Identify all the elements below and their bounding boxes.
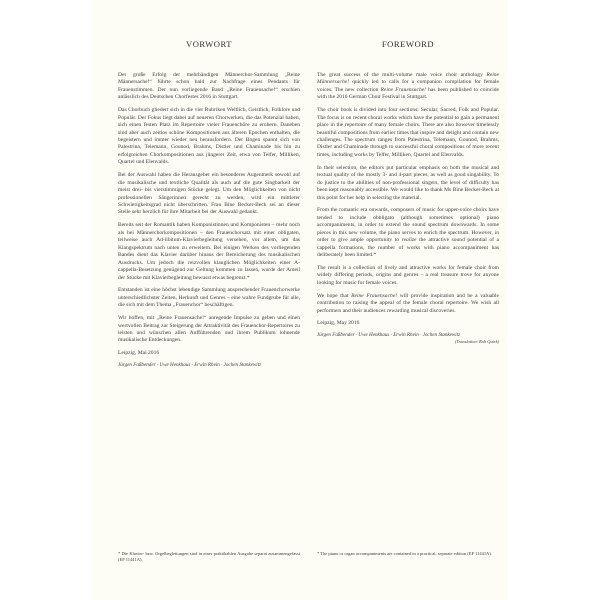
english-paragraph: The choir book is divided into four sect… — [317, 107, 499, 159]
english-paragraph: From the romantic era onwards, composers… — [317, 207, 499, 259]
german-signatories: Jürgen Faßbender · Uwe Henkhaus · Erwin … — [118, 362, 300, 369]
english-signatories: Jürgen Faßbender · Uwe Henkhaus · Erwin … — [317, 332, 499, 339]
english-paragraph: The result is a collection of lively and… — [317, 265, 499, 287]
english-body: The great success of the multi-volume ma… — [317, 72, 499, 345]
german-paragraph: Bei der Auswahl haben die Herausgeber ei… — [118, 172, 300, 217]
german-column: VORWORT Der große Erfolg der mehrbändige… — [118, 0, 300, 369]
german-paragraph: Der große Erfolg der mehrbändigen Männer… — [118, 72, 300, 102]
english-place-date: Leipzig, May 2016 — [317, 320, 499, 327]
german-paragraph: Bereits seit der Romantik haben Komponis… — [118, 222, 300, 282]
translation-credit: (Translation: Rob Quirk) — [317, 339, 499, 345]
document-page: VORWORT Der große Erfolg der mehrbändige… — [91, 0, 508, 600]
german-place-date: Leipzig, Mai 2016 — [118, 350, 300, 357]
english-paragraph: We hope that Reine Frauensache! will pro… — [317, 293, 499, 315]
english-paragraph: The great success of the multi-volume ma… — [317, 72, 499, 102]
english-column: FOREWORD The great success of the multi-… — [317, 0, 499, 345]
english-heading: FOREWORD — [317, 39, 499, 49]
german-heading: VORWORT — [118, 39, 300, 49]
english-paragraph: In their selection, the editors put part… — [317, 165, 499, 202]
german-paragraph: Wir hoffen, mit „Reine Frauensache!“ anr… — [118, 315, 300, 345]
german-body: Der große Erfolg der mehrbändigen Männer… — [118, 72, 300, 369]
german-paragraph: Das Chorbuch gliedert sich in die vier R… — [118, 107, 300, 167]
english-footnote: * The piano or organ accompaniments are … — [317, 551, 495, 557]
german-paragraph: Entstanden ist eine höchst lebendige Sam… — [118, 287, 300, 309]
german-footnote: * Die Klavier- bzw. Orgelbegleitungen si… — [118, 551, 300, 563]
